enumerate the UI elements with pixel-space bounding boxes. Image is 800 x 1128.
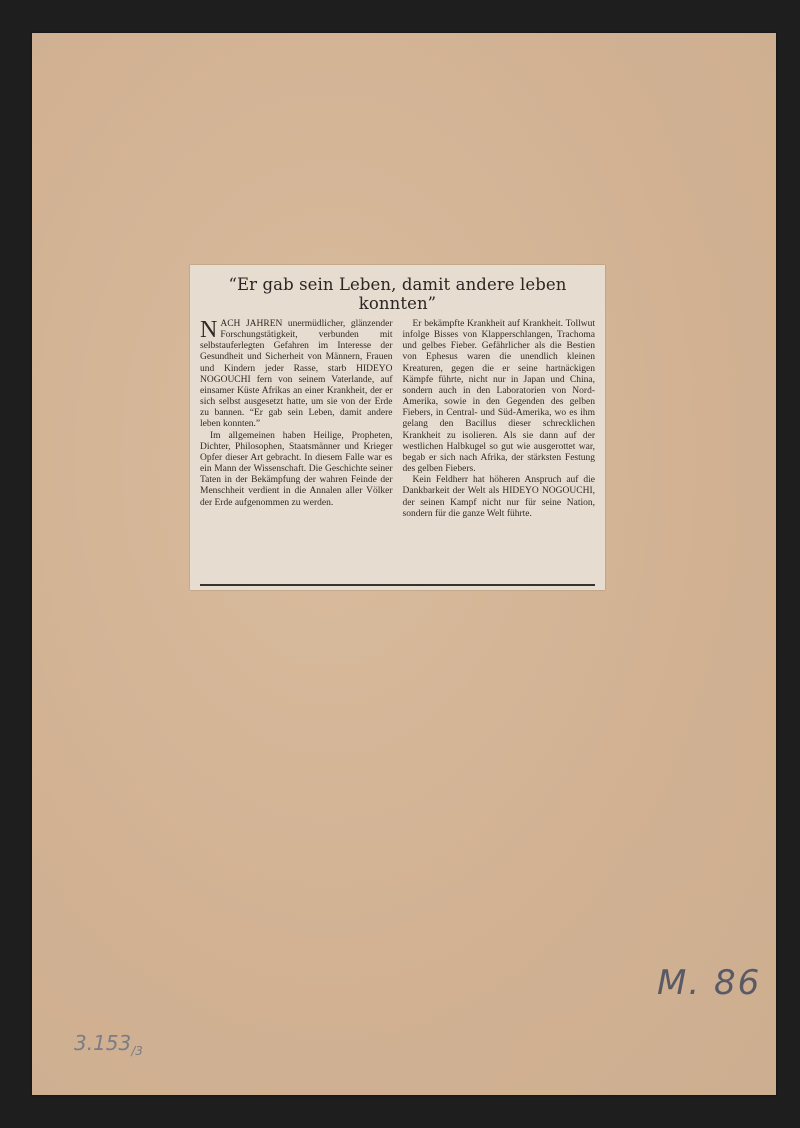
left-paragraph-2: Im allgemeinen haben Heilige, Propheten,… <box>200 431 393 509</box>
clipping-columns: NACH JAHREN unermüdlicher, glänzender Fo… <box>200 319 595 520</box>
handwritten-signature-mark: M. 86 <box>657 963 761 1003</box>
archive-sheet: “Er gab sein Leben, damit andere leben k… <box>32 33 776 1095</box>
dropcap: N <box>200 320 217 340</box>
bottom-rule <box>200 584 595 586</box>
column-left: NACH JAHREN unermüdlicher, glänzender Fo… <box>200 319 393 520</box>
handwritten-inventory-number: 3.153/3 <box>74 1031 143 1058</box>
right-paragraph-2: Kein Feldherr hat höheren Anspruch auf d… <box>403 475 596 520</box>
right-paragraph-1: Er bekämpfte Krankheit auf Krankheit. To… <box>403 319 596 475</box>
inventory-number: 3.153 <box>74 1031 131 1055</box>
newspaper-clipping: “Er gab sein Leben, damit andere leben k… <box>190 265 605 590</box>
clipping-headline: “Er gab sein Leben, damit andere leben k… <box>200 275 595 313</box>
left-paragraph-1-text: ACH JAHREN unermüdlicher, glänzender For… <box>200 319 393 429</box>
inventory-sub: /3 <box>131 1044 143 1058</box>
left-paragraph-1: NACH JAHREN unermüdlicher, glänzender Fo… <box>200 319 393 431</box>
column-right: Er bekämpfte Krankheit auf Krankheit. To… <box>403 319 596 520</box>
